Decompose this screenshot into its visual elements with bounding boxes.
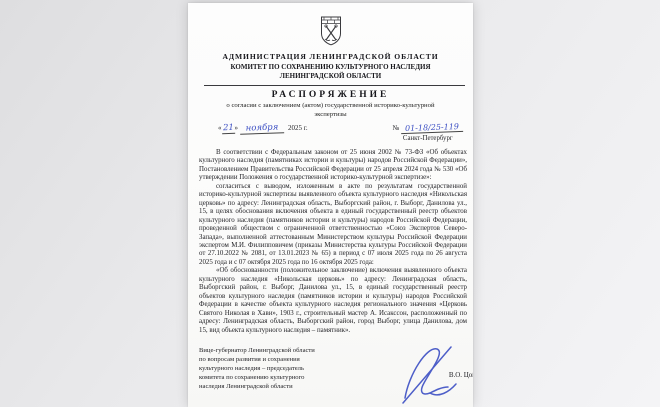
signatory-name: В.О. Цой: [449, 371, 473, 379]
header-divider: [204, 85, 465, 86]
org-name-line2: КОМИТЕТ ПО СОХРАНЕНИЮ КУЛЬТУРНОГО НАСЛЕД…: [188, 63, 473, 71]
signature-block: Вице-губернатор Ленинградской области по…: [199, 344, 473, 404]
number-block: № 01-18/25-119 Санкт-Петербург: [393, 123, 463, 142]
screenshot-root: { "document": { "header": { "emblem": "l…: [0, 0, 660, 407]
body-paragraph-1: В соответствии с Федеральным законом от …: [199, 149, 467, 183]
place-of-issue: Санкт-Петербург: [393, 135, 463, 142]
date-year: 2025 г.: [288, 124, 308, 132]
leningrad-oblast-coat-of-arms-icon: [320, 16, 342, 46]
body-paragraph-2: согласиться с выводом, изложенным в акте…: [199, 183, 467, 268]
body-paragraph-3: «Об обоснованности (положительное заключ…: [199, 267, 467, 335]
org-name-line3: ЛЕНИНГРАДСКОЙ ОБЛАСТИ: [188, 72, 473, 80]
date-and-number-row: «21»ноября2025 г. № 01-18/25-119 Санкт-П…: [218, 123, 463, 142]
document-subtitle: о согласии с заключением (актом) государ…: [226, 102, 435, 119]
number-label: №: [393, 124, 400, 132]
date-line: «21»ноября2025 г.: [218, 123, 308, 142]
document-title: РАСПОРЯЖЕНИЕ: [188, 90, 473, 100]
issuing-organization: АДМИНИСТРАЦИЯ ЛЕНИНГРАДСКОЙ ОБЛАСТИ КОМИ…: [188, 52, 473, 80]
document-body: В соответствии с Федеральным законом от …: [199, 149, 467, 335]
position-line1: Вице-губернатор Ленинградской области: [199, 346, 327, 355]
handwritten-month: ноября: [240, 122, 284, 135]
handwritten-document-number: 01-18/25-119: [401, 122, 463, 134]
position-line3: культурного наследия – председатель: [199, 364, 327, 373]
handwritten-day: 21: [221, 123, 234, 134]
signatory-position: Вице-губернатор Ленинградской области по…: [199, 346, 327, 391]
position-line2: по вопросам развития и сохранения: [199, 355, 327, 364]
position-line5: наследия Ленинградской области: [199, 382, 327, 391]
org-name-line1: АДМИНИСТРАЦИЯ ЛЕНИНГРАДСКОЙ ОБЛАСТИ: [188, 52, 473, 61]
position-line4: комитета по сохранению культурного: [199, 373, 327, 382]
document-photo: АДМИНИСТРАЦИЯ ЛЕНИНГРАДСКОЙ ОБЛАСТИ КОМИ…: [188, 3, 473, 407]
